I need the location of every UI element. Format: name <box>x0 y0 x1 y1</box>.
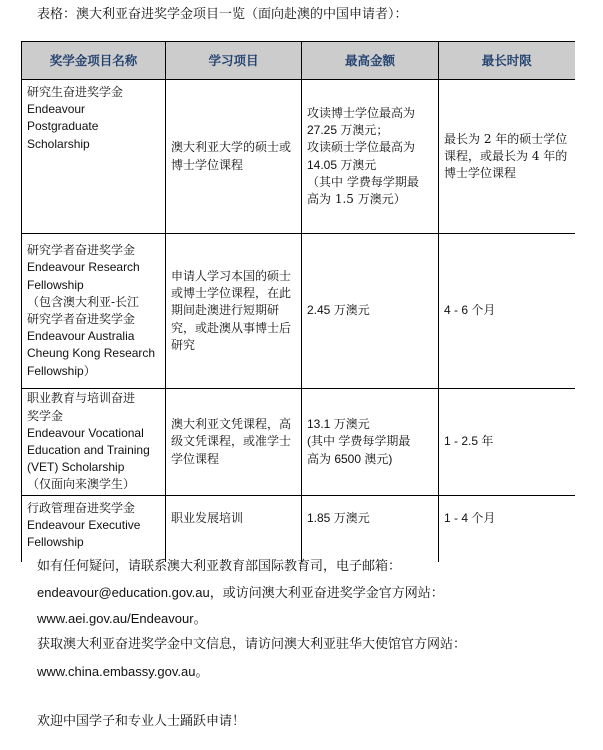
scholarship-name-cn: 研究学者奋进奖学金 <box>27 242 160 259</box>
table-row: 行政管理奋进奖学金 Endeavour Executive Fellowship… <box>22 496 575 562</box>
scholarship-name-note: 研究学者奋进奖学金 <box>27 311 160 328</box>
header-scholarship-name: 奖学金项目名称 <box>22 42 166 80</box>
study-program-cell: 澳大利亚大学的硕士或博士学位课程 <box>166 80 302 234</box>
table-row: 职业教育与培训奋进 奖学金 Endeavour Vocational Educa… <box>22 389 575 496</box>
scholarship-name-cn: 职业教育与培训奋进 <box>27 390 160 407</box>
embassy-website-link[interactable]: www.china.embassy.gov.au。 <box>37 663 208 681</box>
amount-line: 1.85 万澳元 <box>307 510 433 527</box>
scholarship-name-cn: 奖学金 <box>27 408 160 425</box>
amount-line: （其中 学费每学期最 <box>307 174 433 191</box>
max-duration-cell: 最长为 2 年的硕士学位课程，或最长为 4 年的博士学位课程 <box>439 80 575 234</box>
study-program-cell: 职业发展培训 <box>166 496 302 562</box>
scholarship-name-en: Endeavour Research <box>27 259 160 276</box>
scholarship-name-en: (VET) Scholarship <box>27 459 160 476</box>
scholarship-name-en: Postgraduate <box>27 118 160 135</box>
study-program-cell: 澳大利亚文凭课程，高级文凭课程，或准学士学位课程 <box>166 389 302 496</box>
scholarship-name-en: Fellowship <box>27 277 160 294</box>
header-max-amount: 最高金额 <box>302 42 439 80</box>
scholarship-name-en: Cheung Kong Research <box>27 345 160 362</box>
max-duration-cell: 1 - 4 个月 <box>439 496 575 562</box>
header-max-duration: 最长时限 <box>439 42 575 80</box>
max-amount-cell: 13.1 万澳元 (其中 学费每学期最 高为 6500 澳元) <box>302 389 439 496</box>
table-caption: 表格：澳大利亚奋进奖学金项目一览（面向赴澳的中国申请者）： <box>37 6 408 24</box>
scholarship-name-note: （仅面向来澳学生） <box>27 476 160 493</box>
scholarship-name-en: Endeavour <box>27 101 160 118</box>
table-header-row: 奖学金项目名称 学习项目 最高金额 最长时限 <box>22 42 575 80</box>
welcome-text: 欢迎中国学子和专业人士踊跃申请！ <box>37 713 245 731</box>
scholarship-name-cn: 行政管理奋进奖学金 <box>27 500 160 517</box>
endeavour-website-link[interactable]: www.aei.gov.au/Endeavour。 <box>37 610 207 628</box>
amount-line: 14.05 万澳元 <box>307 157 433 174</box>
contact-text: 如有任何疑问，请联系澳大利亚教育部国际教育司，电子邮箱： <box>37 558 401 576</box>
max-amount-cell: 2.45 万澳元 <box>302 234 439 389</box>
scholarship-name-en: Fellowship <box>27 534 160 551</box>
max-amount-cell: 攻读博士学位最高为 27.25 万澳元； 攻读硕士学位最高为 14.05 万澳元… <box>302 80 439 234</box>
max-amount-cell: 1.85 万澳元 <box>302 496 439 562</box>
amount-line: 攻读硕士学位最高为 <box>307 139 433 156</box>
table-row: 研究学者奋进奖学金 Endeavour Research Fellowship … <box>22 234 575 389</box>
amount-line: (其中 学费每学期最 <box>307 433 433 450</box>
scholarship-name-en: Endeavour Vocational <box>27 425 160 442</box>
scholarship-name-en: Fellowship） <box>27 363 160 380</box>
amount-line: 2.45 万澳元 <box>307 302 433 319</box>
max-duration-cell: 4 - 6 个月 <box>439 234 575 389</box>
scholarship-name-cell: 研究学者奋进奖学金 Endeavour Research Fellowship … <box>22 234 166 389</box>
table-row: 研究生奋进奖学金 Endeavour Postgraduate Scholars… <box>22 80 575 234</box>
chinese-info-text: 获取澳大利亚奋进奖学金中文信息，请访问澳大利亚驻华大使馆官方网站： <box>37 636 466 654</box>
amount-line: 高为 1.5 万澳元） <box>307 191 433 208</box>
study-program-cell: 申请人学习本国的硕士或博士学位课程，在此期间赴澳进行短期研究，或赴澳从事博士后研… <box>166 234 302 389</box>
amount-line: 高为 6500 澳元) <box>307 451 433 468</box>
scholarship-name-en: Endeavour Executive <box>27 517 160 534</box>
scholarship-name-en: Education and Training <box>27 442 160 459</box>
scholarship-table: 奖学金项目名称 学习项目 最高金额 最长时限 研究生奋进奖学金 Endeavou… <box>21 41 575 562</box>
scholarship-name-note: （包含澳大利亚-长江 <box>27 294 160 311</box>
scholarship-name-en: Endeavour Australia <box>27 328 160 345</box>
amount-line: 攻读博士学位最高为 <box>307 105 433 122</box>
table-top-border <box>21 41 574 42</box>
scholarship-name-en: Scholarship <box>27 136 160 153</box>
scholarship-name-cell: 研究生奋进奖学金 Endeavour Postgraduate Scholars… <box>22 80 166 234</box>
contact-email-text[interactable]: endeavour@education.gov.au，或访问澳大利亚奋进奖学金官… <box>37 584 444 602</box>
scholarship-name-cell: 职业教育与培训奋进 奖学金 Endeavour Vocational Educa… <box>22 389 166 496</box>
scholarship-name-cn: 研究生奋进奖学金 <box>27 84 160 101</box>
header-study-program: 学习项目 <box>166 42 302 80</box>
max-duration-cell: 1 - 2.5 年 <box>439 389 575 496</box>
amount-line: 13.1 万澳元 <box>307 416 433 433</box>
amount-line: 27.25 万澳元； <box>307 122 433 139</box>
scholarship-name-cell: 行政管理奋进奖学金 Endeavour Executive Fellowship <box>22 496 166 562</box>
